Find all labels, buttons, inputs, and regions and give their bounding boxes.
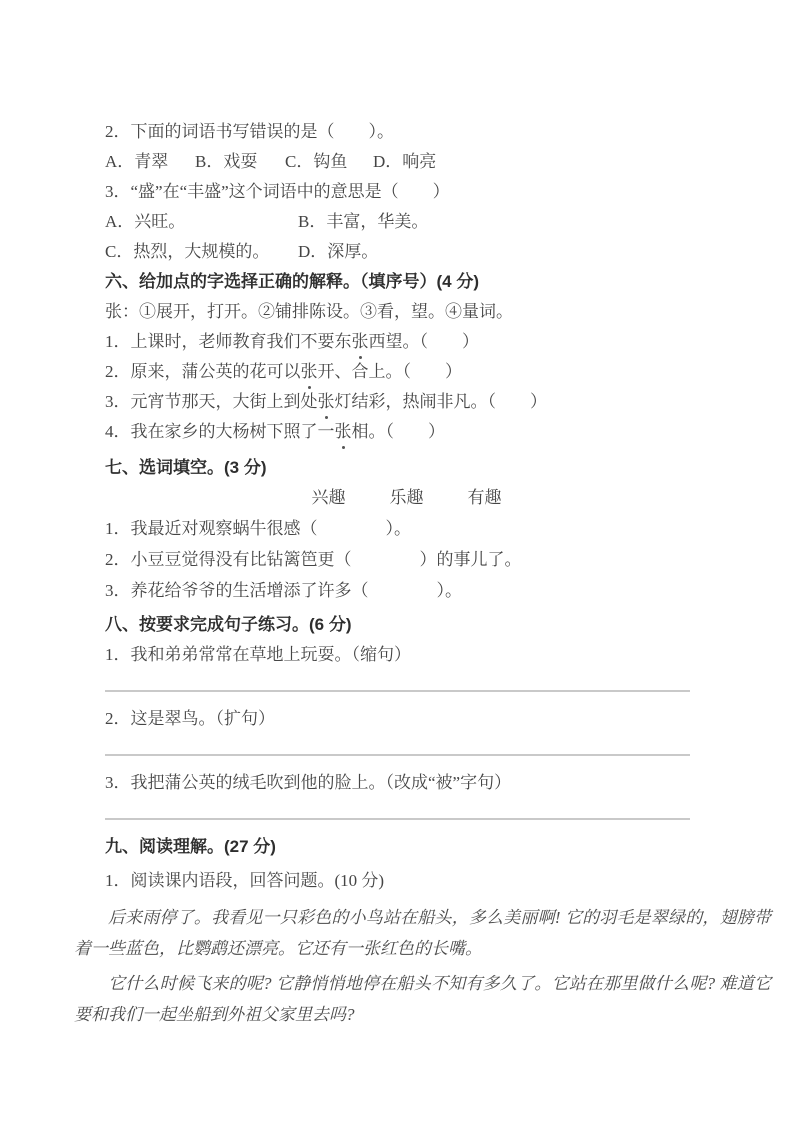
section-9-subtitle: 1．阅读课内语段，回答问题。(10 分) [105, 866, 690, 896]
question-3-option-d: D．深厚。 [298, 237, 690, 267]
section-8: 八、按要求完成句子练习。(6 分) 1．我和弟弟常常在草地上玩耍。（缩句） 2．… [105, 610, 690, 820]
section-9-title: 九、阅读理解。(27 分) [105, 832, 690, 862]
emphasized-char: 张 [301, 357, 318, 387]
question-2-option-d: D．响亮 [373, 147, 690, 177]
question-2-option-b: B．戏耍 [195, 147, 285, 177]
item-text: 西望。（ ） [369, 332, 480, 351]
emphasized-char: 张 [335, 417, 352, 447]
item-text: 2．原来，蒲公英的花可以 [105, 362, 301, 381]
question-2-stem: 2．下面的词语书写错误的是（ ）。 [105, 117, 690, 147]
passage-paragraph-1: 后来雨停了。我看见一只彩色的小鸟站在船头，多么美丽啊! 它的羽毛是翠绿的，翅膀带… [74, 902, 771, 964]
item-text: 灯结彩，热闹非凡。（ ） [335, 392, 548, 411]
section-6-gloss: 张：①展开，打开。②铺排陈设。③看，望。④量词。 [105, 297, 690, 327]
section-8-item-2: 2．这是翠鸟。（扩句） [105, 704, 690, 756]
section-6-title: 六、给加点的字选择正确的解释。（填序号）(4 分) [105, 267, 690, 297]
section-9: 九、阅读理解。(27 分) 1．阅读课内语段，回答问题。(10 分) 后来雨停了… [105, 832, 690, 1030]
item-text: 4．我在家乡的大杨树下照了一 [105, 422, 335, 441]
section-6-item-4: 4．我在家乡的大杨树下照了一张相。（ ） [105, 417, 690, 447]
sentence-exercise-text: 2．这是翠鸟。（扩句） [105, 704, 690, 734]
section-8-title: 八、按要求完成句子练习。(6 分) [105, 610, 690, 640]
section-7-item-2: 2．小豆豆觉得没有比钻篱笆更（ ）的事儿了。 [105, 544, 690, 575]
emphasized-char: 张 [352, 327, 369, 357]
sentence-exercise-text: 1．我和弟弟常常在草地上玩耍。（缩句） [105, 640, 690, 670]
paper-content: 2．下面的词语书写错误的是（ ）。 A．青翠 B．戏耍 C．钩鱼 D．响亮 3．… [105, 117, 690, 1030]
section-8-item-1: 1．我和弟弟常常在草地上玩耍。（缩句） [105, 640, 690, 692]
section-6: 六、给加点的字选择正确的解释。（填序号）(4 分) 张：①展开，打开。②铺排陈设… [105, 267, 690, 447]
question-3-options-row-2: C．热烈，大规模的。 D．深厚。 [105, 237, 690, 267]
word-bank-word: 乐趣 [390, 483, 424, 513]
item-text: 开、合上。（ ） [318, 362, 463, 381]
question-3-option-b: B．丰富，华美。 [298, 207, 690, 237]
item-text: 相。（ ） [352, 422, 446, 441]
section-7-item-3: 3．养花给爷爷的生活增添了许多（ ）。 [105, 575, 690, 606]
answer-blank-line[interactable] [105, 734, 690, 756]
word-bank-word: 有趣 [468, 483, 502, 513]
question-3-option-a: A．兴旺。 [105, 207, 298, 237]
item-text: 1．上课时，老师教育我们不要东 [105, 332, 352, 351]
question-3-option-c: C．热烈，大规模的。 [105, 237, 298, 267]
section-6-item-1: 1．上课时，老师教育我们不要东张西望。（ ） [105, 327, 690, 357]
answer-blank-line[interactable] [105, 670, 690, 692]
section-7-item-1: 1．我最近对观察蜗牛很感（ ）。 [105, 513, 690, 544]
section-6-item-2: 2．原来，蒲公英的花可以张开、合上。（ ） [105, 357, 690, 387]
emphasized-char: 张 [318, 387, 335, 417]
test-paper-page: 2．下面的词语书写错误的是（ ）。 A．青翠 B．戏耍 C．钩鱼 D．响亮 3．… [0, 0, 793, 1122]
question-2-options: A．青翠 B．戏耍 C．钩鱼 D．响亮 [105, 147, 690, 177]
word-bank-word: 兴趣 [312, 483, 346, 513]
reading-passage: 后来雨停了。我看见一只彩色的小鸟站在船头，多么美丽啊! 它的羽毛是翠绿的，翅膀带… [74, 902, 771, 1030]
question-3-options-row-1: A．兴旺。 B．丰富，华美。 [105, 207, 690, 237]
answer-blank-line[interactable] [105, 798, 690, 820]
section-6-item-3: 3．元宵节那天，大街上到处张灯结彩，热闹非凡。（ ） [105, 387, 690, 417]
word-bank: 兴趣 乐趣 有趣 [105, 483, 690, 513]
sentence-exercise-text: 3．我把蒲公英的绒毛吹到他的脸上。（改成“被”字句） [105, 768, 690, 798]
question-2-option-a: A．青翠 [105, 147, 195, 177]
section-7-title: 七、选词填空。(3 分) [105, 453, 690, 483]
passage-paragraph-2: 它什么时候飞来的呢? 它静悄悄地停在船头不知有多久了。它站在那里做什么呢? 难道… [74, 968, 771, 1030]
question-3-stem: 3．“盛”在“丰盛”这个词语中的意思是（ ） [105, 177, 690, 207]
section-8-item-3: 3．我把蒲公英的绒毛吹到他的脸上。（改成“被”字句） [105, 768, 690, 820]
section-7: 七、选词填空。(3 分) 兴趣 乐趣 有趣 1．我最近对观察蜗牛很感（ ）。 2… [105, 453, 690, 606]
item-text: 3．元宵节那天，大街上到处 [105, 392, 318, 411]
question-2-option-c: C．钩鱼 [285, 147, 373, 177]
